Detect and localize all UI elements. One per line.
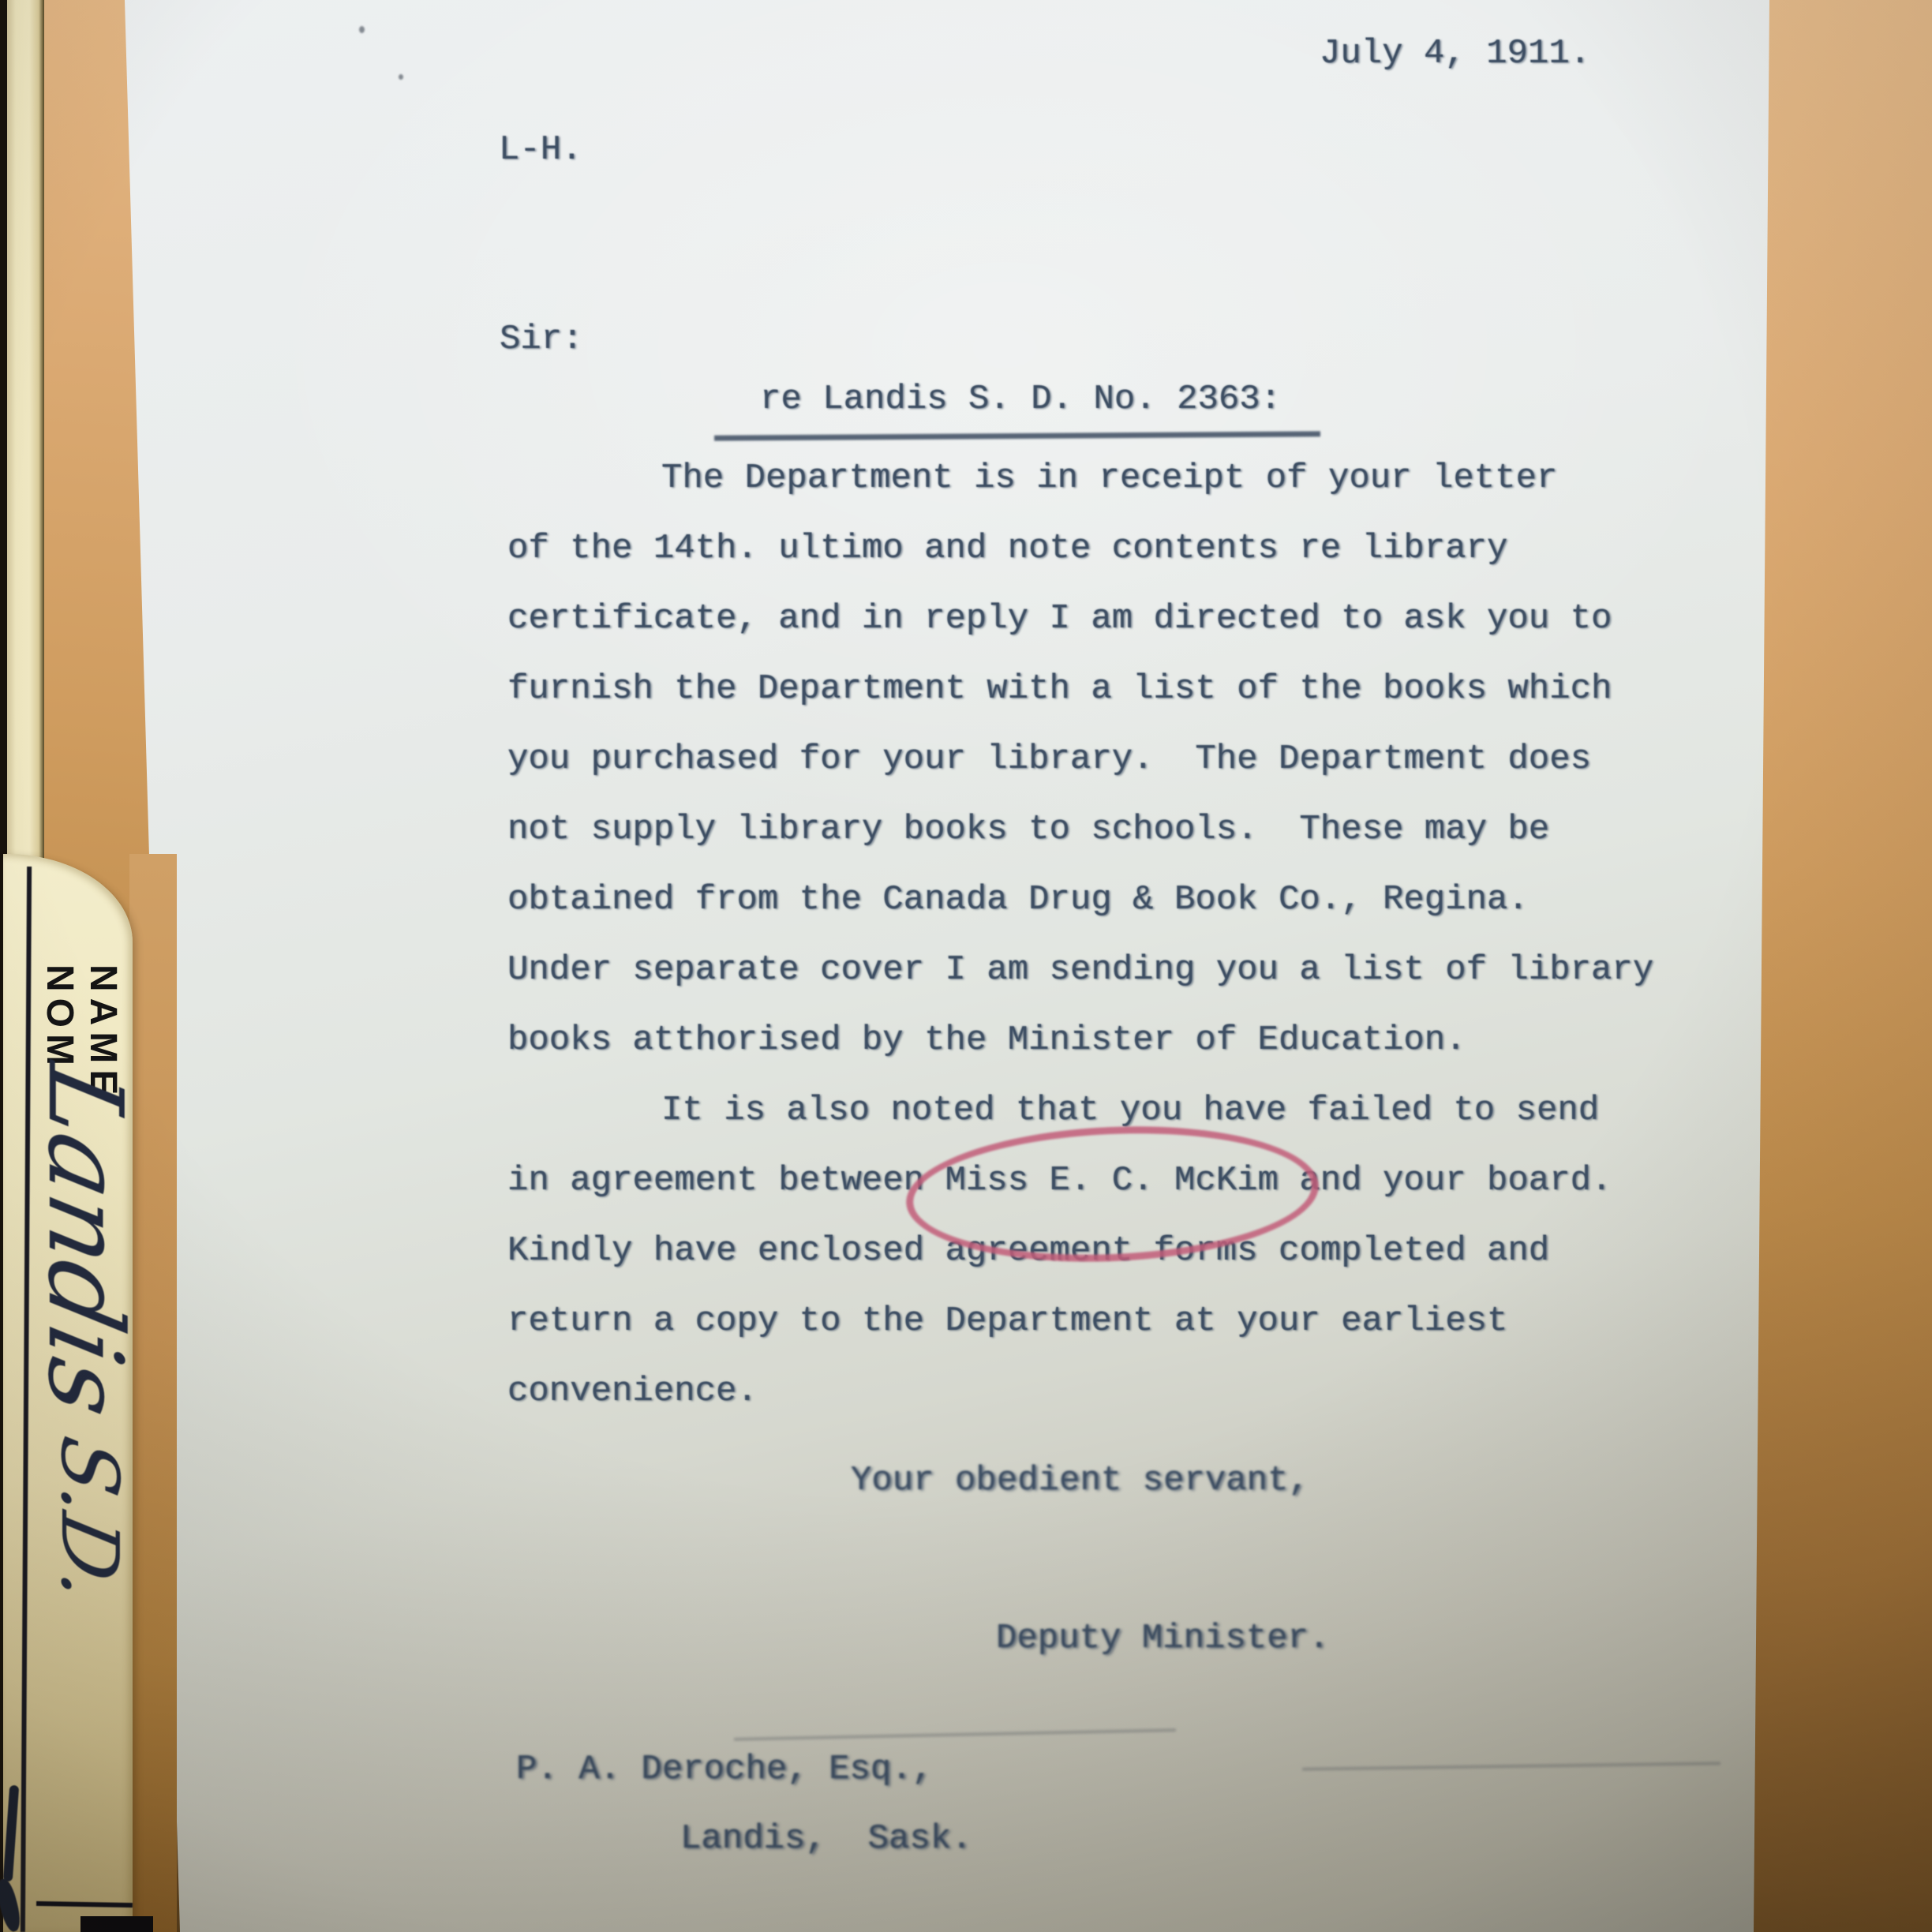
recipient-address: Landis, Sask. — [680, 1817, 972, 1861]
subject-line: re Landis S. D. No. 2363: — [760, 377, 1281, 421]
paper-speck — [399, 74, 403, 80]
letter-line: furnish the Department with a list of th… — [507, 667, 1612, 711]
tab-label-nom: NOM — [39, 964, 80, 1072]
letter-date: July 4, 1911. — [1320, 32, 1590, 76]
tab-black-mark — [80, 1916, 153, 1932]
letter-line: of the 14th. ultimo and note contents re… — [507, 526, 1507, 571]
handwritten-note: S.D. — [46, 1430, 133, 1611]
letter-line: certificate, and in reply I am directed … — [507, 597, 1612, 641]
photo-archival-letter: { "document": { "date": "July 4, 1911.",… — [0, 0, 1932, 1932]
letter-line: The Department is in receipt of your let… — [661, 456, 1557, 500]
letter-line: you purchased for your library. The Depa… — [507, 737, 1591, 781]
signature-title: Deputy Minister. — [996, 1616, 1329, 1661]
handwritten-name: Landis — [30, 1056, 140, 1426]
file-reference: L-H. — [499, 128, 582, 172]
letter-line: not supply library books to schools. The… — [507, 807, 1549, 852]
closing: Your obedient servant, — [851, 1458, 1309, 1503]
salutation: Sir: — [500, 317, 583, 361]
letter-line: return a copy to the Department at your … — [507, 1299, 1507, 1343]
paper-speck — [359, 26, 365, 33]
letter-line: convenience. — [507, 1369, 758, 1413]
recipient-name: P. A. Deroche, Esq., — [516, 1747, 933, 1792]
letter-line: books atthorised by the Minister of Educ… — [507, 1018, 1466, 1062]
letter-line: Under separate cover I am sending you a … — [507, 948, 1653, 992]
letter-line: obtained from the Canada Drug & Book Co.… — [507, 878, 1529, 922]
